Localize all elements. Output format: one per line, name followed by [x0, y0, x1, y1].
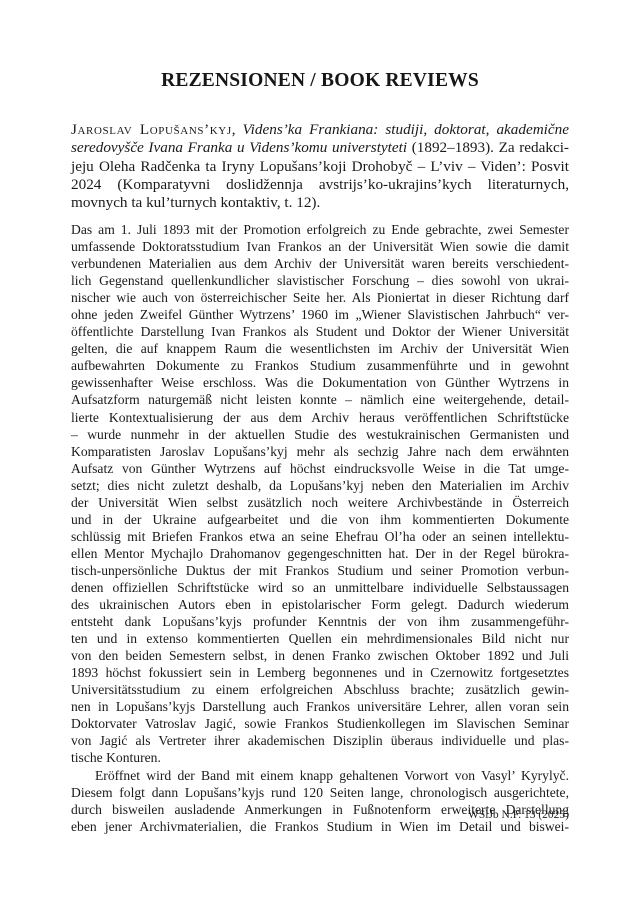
body-line: schlüssig mit Briefen Frankos etwa an se… [71, 528, 569, 545]
body-line: der Universität Wien selbst zusätzlich n… [71, 494, 569, 511]
body-line: gelten, die auf knappem Raum die wesentl… [71, 340, 569, 357]
header-line-5: movnych ta kul’turnych kontaktiv, t. 12)… [71, 194, 569, 212]
body-line: nen in Lopušans’kyjs Darstellung auch Fr… [71, 698, 569, 715]
body-line: denen offiziellen Schriftstücke wird so … [71, 579, 569, 596]
body-line: Aufsatz von Günther Wytrzens auf höchst … [71, 460, 569, 477]
body-line: setzt; dies nicht zuletzt deshalb, da Lo… [71, 477, 569, 494]
body-line-paragraph-end: tische Konturen. [71, 749, 569, 766]
body-line: verbundenen Materialien aus dem Archiv d… [71, 255, 569, 272]
body-line: öffentlichte Darstellung Ivan Frankos al… [71, 323, 569, 340]
body-line: aufbewahrten Dokumente zu Frankos Studiu… [71, 357, 569, 374]
body-line: umfassende Doktoratsstudium Ivan Frankos… [71, 238, 569, 255]
book-title-part-1: Videns’ka Frankiana: studiji, doktorat, … [243, 121, 569, 138]
body-line: gewissenhafter Weise erschloss. Was die … [71, 374, 569, 391]
body-line: lich Gegenstand quellenkundlicher slavis… [71, 272, 569, 289]
running-footer-journal: WSlJb N.F. 13 (2025) [468, 809, 569, 821]
body-line: ten und in extenso kommentierten Quellen… [71, 630, 569, 647]
body-line: 1893 höchst fokussiert sein in Lemberg b… [71, 664, 569, 681]
section-title: REZENSIONEN / BOOK REVIEWS [0, 70, 640, 92]
body-line: Universitätsstudium zu einem erfolgreich… [71, 681, 569, 698]
body-line: von Jagić als Vertreter ihrer akademisch… [71, 732, 569, 749]
header-line-2: seredovyšče Ivana Franka u Videns’komu u… [71, 139, 569, 157]
body-line: Doktorvater Vatroslav Jagić, sowie Frank… [71, 715, 569, 732]
book-title-part-2: seredovyšče Ivana Franka u Videns’komu u… [71, 139, 407, 156]
body-line: Aufsatzform naturgemäß nicht leisten kon… [71, 391, 569, 408]
body-line: entsteht dank Lopušans’kyjs profunder Ke… [71, 613, 569, 630]
body-line: Das am 1. Juli 1893 mit der Promotion er… [71, 221, 569, 238]
body-line: Diesem folgt dann Lopušans’kyjs rund 120… [71, 784, 569, 801]
body-line: – wurde nunmehr in der aktuellen Studie … [71, 426, 569, 443]
body-line: des ukrainischen Autors eben in epistola… [71, 596, 569, 613]
body-line: und in der Ukraine aufgearbeitet und die… [71, 511, 569, 528]
header-line-1: Jaroslav Lopušans’kyj, Videns’ka Frankia… [71, 121, 569, 139]
body-line: ellen Mentor Mychajlo Drahomanov gegenge… [71, 545, 569, 562]
body-line: Komparatisten Jaroslav Lopušans’kyj mehr… [71, 443, 569, 460]
body-line: ohne jeden Zweifel Günther Wytrzens’ 196… [71, 306, 569, 323]
body-line: lierte Kontextualisierung der aus dem Ar… [71, 409, 569, 426]
body-line-paragraph-start: Eröffnet wird der Band mit einem knapp g… [71, 767, 569, 784]
body-line: tisch-unpersönliche Duktus der mit Frank… [71, 562, 569, 579]
review-author: Jaroslav Lopušans’kyj [71, 121, 232, 138]
body-line: von den beiden Semestern selbst, in dene… [71, 647, 569, 664]
header-line-3: jeju Oleha Radčenka ta Iryny Lopušans’ko… [71, 158, 569, 176]
review-bibliographic-header: Jaroslav Lopušans’kyj, Videns’ka Frankia… [71, 121, 569, 212]
review-body: Das am 1. Juli 1893 mit der Promotion er… [71, 221, 569, 835]
header-line-4: 2024 (Komparatyvni doslidžennja avstrijs… [71, 176, 569, 194]
body-line: nischer wie auch von österreichischer Se… [71, 289, 569, 306]
